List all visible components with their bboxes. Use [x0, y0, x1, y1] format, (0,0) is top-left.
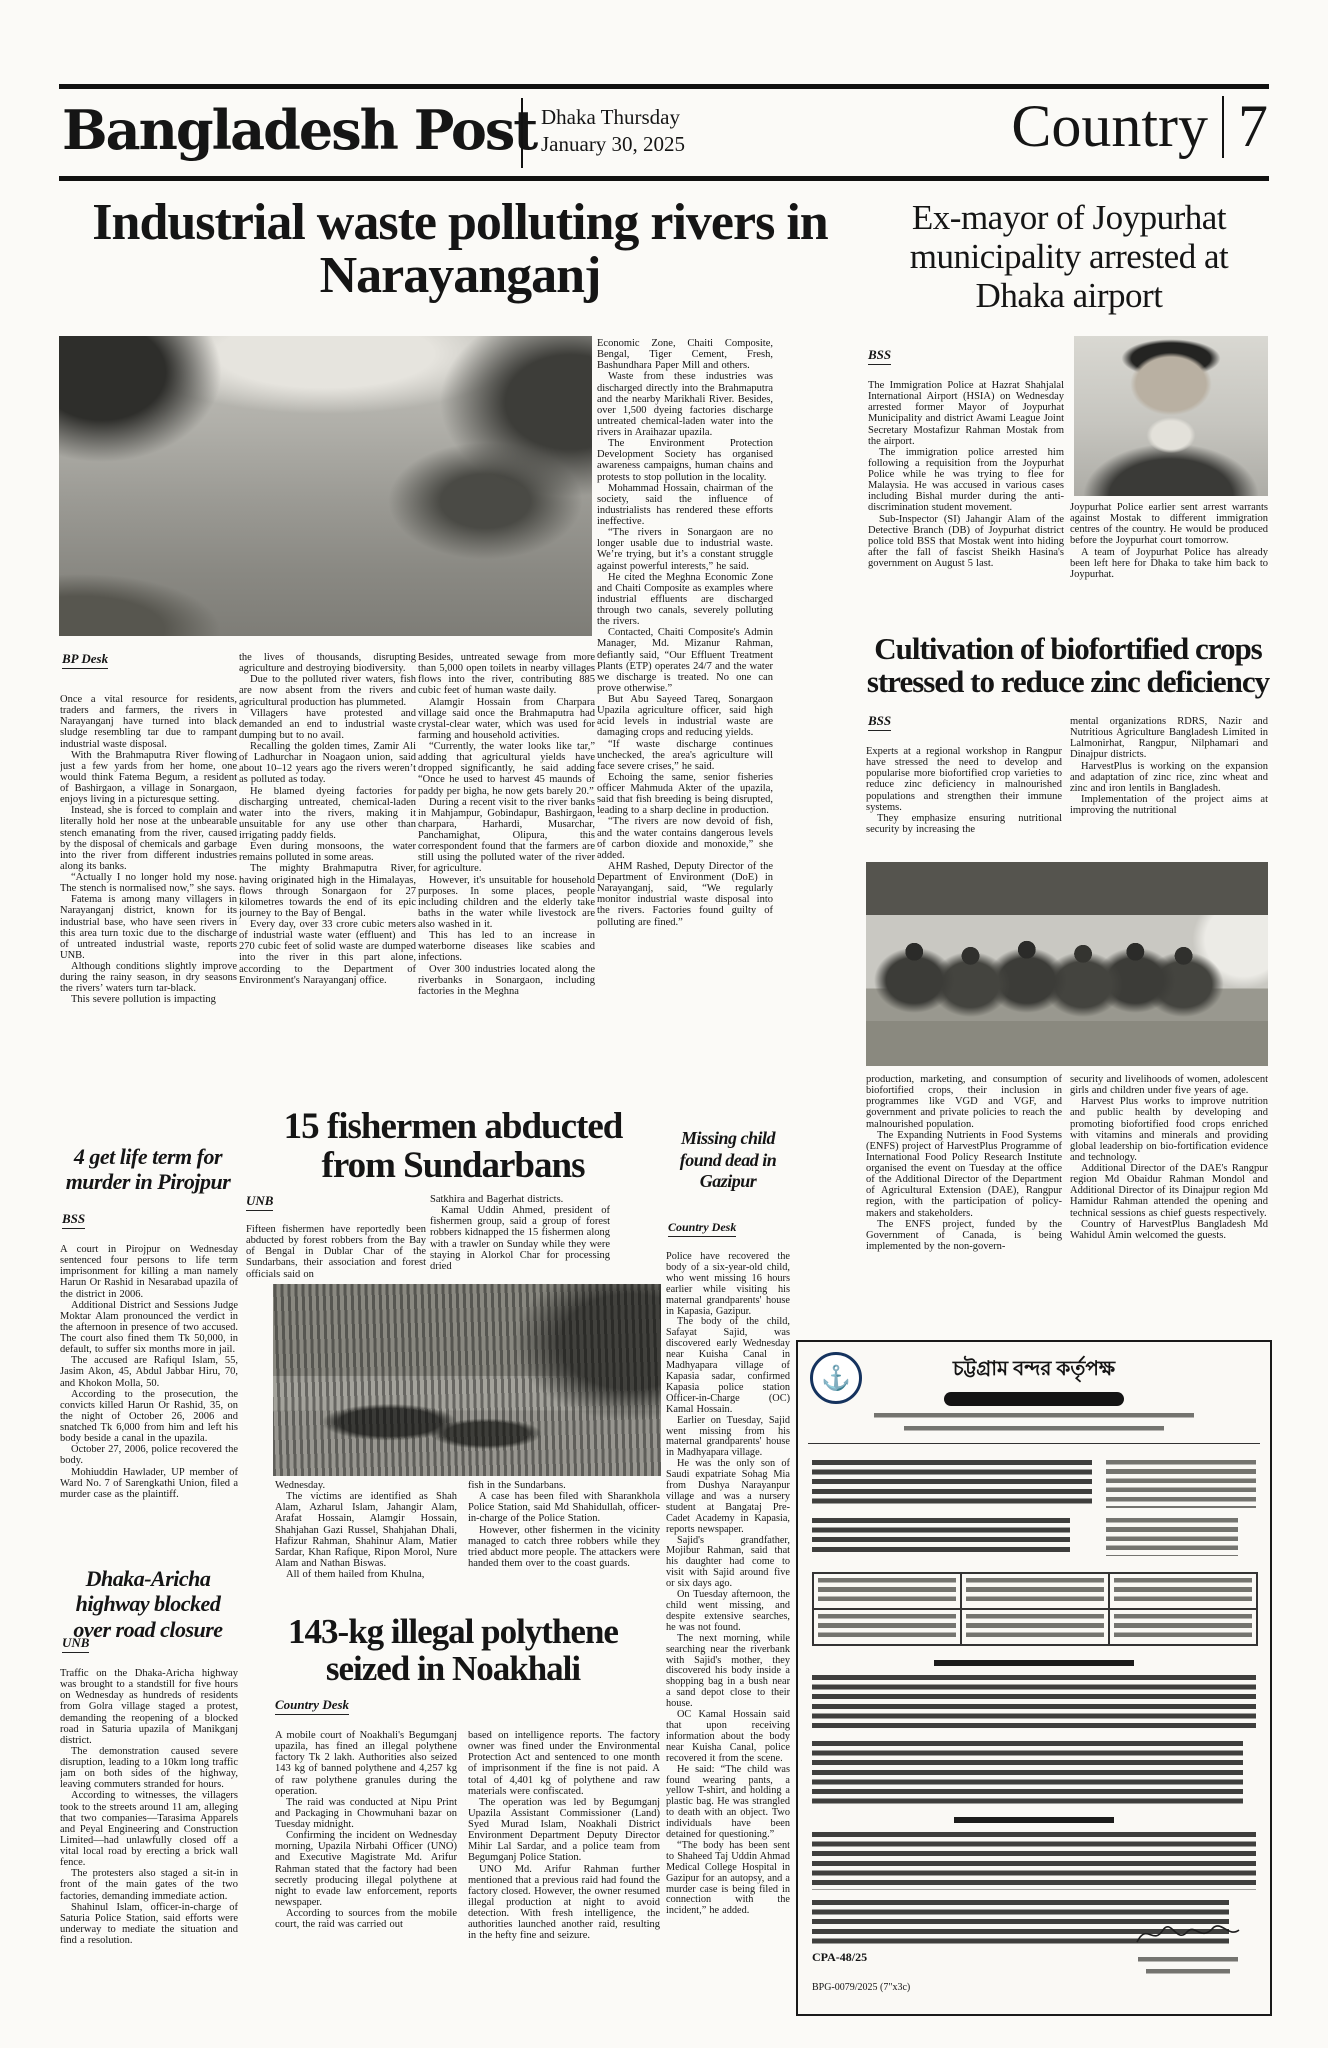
greeked-text-line: [1114, 1578, 1252, 1604]
paragraph: Sub-Inspector (SI) Jahangir Alam of the …: [868, 514, 1064, 570]
highway-column: Traffic on the Dhaka-Aricha highway was …: [60, 1668, 238, 2012]
paragraph: During a recent visit to the river banks…: [418, 797, 595, 875]
paragraph: Shahinul Islam, officer-in-charge of Sat…: [60, 1902, 238, 1947]
greeked-paragraph: [812, 1832, 1256, 1890]
paragraph: The ENFS project, funded by the Governme…: [866, 1219, 1062, 1252]
paragraph: The next morning, while searching near t…: [666, 1634, 790, 1710]
paragraph: Earlier on Tuesday, Sajid went missing f…: [666, 1416, 790, 1460]
masthead-rule-top: [59, 84, 1269, 89]
paragraph: Every day, over 33 crore cubic meters of…: [239, 919, 416, 986]
greeked-paragraph: [1106, 1460, 1256, 1508]
paragraph: He said: “The child was found wearing pa…: [666, 1765, 790, 1841]
paragraph: fish in the Sundarbans.: [468, 1480, 660, 1491]
paragraph: The protesters also staged a sit-in in f…: [60, 1868, 238, 1901]
paragraph: Echoing the same, senior fisheries offic…: [597, 772, 773, 817]
greeked-paragraph: [1106, 1518, 1238, 1556]
notice-table-cell: [961, 1609, 1109, 1645]
paragraph: The body of the child, Safayat Sajid, wa…: [666, 1317, 790, 1415]
masthead-rule-bottom: [59, 176, 1269, 181]
greeked-text-line: [818, 1614, 956, 1640]
paragraph: the lives of thousands, disrupting agric…: [239, 652, 416, 674]
notice-body-left: [812, 1460, 1092, 1556]
paper-name: Bangladesh Post: [62, 98, 536, 162]
paragraph: He blamed dyeing factories for dischargi…: [239, 786, 416, 842]
paragraph: However, it's unsuitable for household p…: [418, 875, 595, 931]
paragraph: All of them hailed from Khulna,: [275, 1569, 457, 1580]
paragraph: “The rivers in Sonargaon are no longer u…: [597, 527, 773, 572]
exmayor-column-1: The Immigration Police at Hazrat Shahjal…: [868, 380, 1064, 624]
byline-lifeterm: BSS: [62, 1211, 85, 1229]
paragraph: This severe pollution is impacting: [60, 994, 237, 1005]
paragraph: “Currently, the water looks like tar,” a…: [418, 741, 595, 797]
paragraph: Additional District and Sessions Judge M…: [60, 1300, 238, 1356]
byline-highway-wrap: UNB: [62, 1634, 89, 1653]
paragraph: A case has been filed with Sharankhola P…: [468, 1491, 660, 1524]
paragraph: “The rivers are now devoid of fish, and …: [597, 816, 773, 861]
paragraph: Additional Director of the DAE's Rangpur…: [1070, 1163, 1268, 1219]
paragraph: Economic Zone, Chaiti Composite, Bengal,…: [597, 338, 773, 371]
byline-fishermen-wrap: UNB: [246, 1192, 273, 1211]
headline-exmayor: Ex-mayor of Joypurhat municipality arres…: [868, 198, 1270, 316]
headline-lifeterm: 4 get life term for murder in Pirojpur: [58, 1144, 238, 1195]
byline-fishermen: UNB: [246, 1193, 273, 1211]
biofortified-column-a: production, marketing, and consumption o…: [866, 1074, 1062, 1334]
paragraph: Sajid's grandfather, Mojibur Rahman, sai…: [666, 1536, 790, 1591]
greeked-text-line: [818, 1578, 956, 1604]
paragraph: Fifteen fishermen have reportedly been a…: [246, 1224, 426, 1280]
notice-table-cell: [1109, 1609, 1257, 1645]
byline-exmayor: BSS: [868, 347, 891, 365]
paragraph: OC Kamal Hossain said that upon receivin…: [666, 1710, 790, 1765]
paragraph: Kamal Uddin Ahmed, president of fisherme…: [430, 1205, 610, 1272]
signature-scribble: [1133, 1920, 1243, 1950]
biofortified-column-right: mental organizations RDRS, Nazir and Nut…: [1070, 716, 1268, 858]
byline-biofortified: BSS: [868, 713, 891, 731]
river-photo: [59, 336, 592, 636]
dateline-date: January 30, 2025: [541, 131, 685, 158]
paragraph: He cited the Meghna Economic Zone and Ch…: [597, 572, 773, 628]
paragraph: Country of HarvestPlus Bangladesh Md Wah…: [1070, 1219, 1268, 1241]
notice-table-cell: [813, 1609, 961, 1645]
paragraph: The Environment Protection Development S…: [597, 438, 773, 483]
paragraph: On Tuesday afternoon, the child went mis…: [666, 1590, 790, 1634]
byline-biofortified-wrap: BSS: [868, 712, 891, 731]
paragraph: October 27, 2006, police recovered the b…: [60, 1444, 238, 1466]
paragraph: According to the prosecution, the convic…: [60, 1389, 238, 1445]
byline-polythene-wrap: Country Desk: [275, 1696, 349, 1715]
port-authority-notice: ⚓ চট্টগ্রাম বন্দর কর্তৃপক্ষ: [796, 1340, 1272, 2016]
paragraph: Satkhira and Bagerhat districts.: [430, 1194, 610, 1205]
paragraph: But Abu Sayeed Tareq, Sonargaon Upazila …: [597, 694, 773, 739]
paragraph: UNO Md. Arifur Rahman further mentioned …: [468, 1864, 660, 1942]
paragraph: However, other fishermen in the vicinity…: [468, 1525, 660, 1570]
headline-highway: Dhaka-Aricha highway blocked over road c…: [58, 1566, 238, 1642]
paragraph: Over 300 industries located along the ri…: [418, 964, 595, 997]
paragraph: A team of Joypurhat Police has already b…: [1070, 547, 1268, 580]
mostak-portrait-photo: [1074, 336, 1268, 496]
paragraph: Fatema is among many villagers in Naraya…: [60, 894, 237, 961]
greeked-text-line: [1138, 1957, 1238, 1965]
greeked-heading: [954, 1817, 1114, 1824]
notice-code: CPA-48/25: [812, 1950, 867, 1965]
workshop-meeting-photo: [866, 862, 1268, 1066]
polythene-column-2: based on intelligence reports. The facto…: [468, 1730, 660, 2012]
greeked-paragraph: [812, 1675, 1256, 1731]
greeked-text-line: [874, 1413, 1194, 1422]
industrial-column-4: Economic Zone, Chaiti Composite, Bengal,…: [597, 338, 773, 1094]
greeked-text-line: [966, 1578, 1104, 1604]
paragraph: Mohammad Hossain, chairman of the societ…: [597, 483, 773, 528]
missing-child-column: Police have recovered the body of a six-…: [666, 1252, 790, 2010]
paragraph: Confirming the incident on Wednesday mor…: [275, 1830, 457, 1908]
paragraph: The immigration police arrested him foll…: [868, 447, 1064, 514]
byline-missing: Country Desk: [668, 1220, 736, 1237]
headline-polythene: 143-kg illegal polythene seized in Noakh…: [243, 1614, 663, 1688]
polythene-column-1: A mobile court of Noakhali's Begumganj u…: [275, 1730, 457, 2012]
paragraph: Wednesday.: [275, 1480, 457, 1491]
greeked-text-line: [904, 1426, 1164, 1435]
paragraph: AHM Rashed, Deputy Director of the Depar…: [597, 861, 773, 928]
paragraph: “If waste discharge continues unchecked,…: [597, 739, 773, 772]
byline-missing-wrap: Country Desk: [668, 1218, 736, 1237]
paragraph: Experts at a regional workshop in Rangpu…: [866, 746, 1062, 813]
paragraph: mental organizations RDRS, Nazir and Nut…: [1070, 716, 1268, 761]
notice-table-cell: [1109, 1573, 1257, 1609]
paragraph: The victims are identified as Shah Alam,…: [275, 1491, 457, 1569]
notice-print-code: BPG-0079/2025 (7"x3c): [812, 1982, 910, 1993]
byline-industrial-wrap: BP Desk: [62, 650, 108, 669]
biofortified-column-b: security and livelihoods of women, adole…: [1070, 1074, 1268, 1334]
paragraph: A court in Pirojpur on Wednesday sentenc…: [60, 1244, 238, 1300]
byline-exmayor-wrap: BSS: [868, 346, 891, 365]
notice-table-cell: [961, 1573, 1109, 1609]
section-divider: [1222, 96, 1224, 158]
page-number: 7: [1238, 92, 1268, 161]
industrial-column-3: Besides, untreated sewage from more than…: [418, 652, 595, 1092]
headline-industrial: Industrial waste polluting rivers in Nar…: [60, 196, 860, 302]
paragraph: Mohiuddin Hawlader, UP member of Ward No…: [60, 1467, 238, 1500]
notice-table: [812, 1572, 1258, 1646]
paragraph: The raid was conducted at Nipu Print and…: [275, 1797, 457, 1830]
fishermen-column-bottom-1: Wednesday.The victims are identified as …: [275, 1480, 457, 1608]
notice-divider: [808, 1443, 1260, 1444]
paragraph: According to witnesses, the villagers to…: [60, 1790, 238, 1868]
fishermen-column-bottom-2: fish in the Sundarbans.A case has been f…: [468, 1480, 660, 1608]
cpa-logo-icon: ⚓: [810, 1352, 862, 1404]
biofortified-column-left: Experts at a regional workshop in Rangpu…: [866, 746, 1062, 858]
paragraph: The accused are Rafiqul Islam, 55, Jasim…: [60, 1355, 238, 1388]
paragraph: Traffic on the Dhaka-Aricha highway was …: [60, 1668, 238, 1746]
paragraph: Once a vital resource for residents, tra…: [60, 694, 237, 750]
greeked-paragraph: [812, 1518, 1070, 1556]
paragraph: Implementation of the project aims at im…: [1070, 794, 1268, 816]
paragraph: Although conditions slightly improve dur…: [60, 961, 237, 994]
notice-body-right: [1106, 1460, 1256, 1556]
paragraph: Instead, she is forced to complain and l…: [60, 805, 237, 872]
industrial-column-1: Once a vital resource for residents, tra…: [60, 694, 237, 1132]
paragraph: Besides, untreated sewage from more than…: [418, 652, 595, 697]
notice-body-main: [812, 1660, 1256, 1944]
paragraph: With the Brahmaputra River flowing just …: [60, 750, 237, 806]
paragraph: Even during monsoons, the water remains …: [239, 841, 416, 863]
paragraph: Villagers have protested and demanded an…: [239, 708, 416, 741]
paragraph: “Actually I no longer hold my nose. The …: [60, 872, 237, 894]
paragraph: Harvest Plus works to improve nutrition …: [1070, 1096, 1268, 1163]
paragraph: Contacted, Chaiti Composite's Admin Mana…: [597, 627, 773, 694]
byline-industrial: BP Desk: [62, 651, 108, 669]
byline-highway: UNB: [62, 1635, 89, 1653]
paragraph: Waste from these industries was discharg…: [597, 371, 773, 438]
fishermen-column-top-1: Fifteen fishermen have reportedly been a…: [246, 1224, 426, 1282]
paragraph: The operation was led by Begumganj Upazi…: [468, 1797, 660, 1864]
anchor-icon: ⚓: [821, 1364, 851, 1393]
greeked-paragraph: [812, 1741, 1243, 1807]
paragraph: A mobile court of Noakhali's Begumganj u…: [275, 1730, 457, 1797]
paragraph: The Expanding Nutrients in Food Systems …: [866, 1130, 1062, 1219]
greeked-paragraph: [812, 1460, 1092, 1508]
paragraph: Police have recovered the body of a six-…: [666, 1252, 790, 1317]
fishermen-column-top-2: Satkhira and Bagerhat districts.Kamal Ud…: [430, 1194, 610, 1282]
paragraph: He was the only son of Saudi expatriate …: [666, 1459, 790, 1535]
paragraph: security and livelihoods of women, adole…: [1070, 1074, 1268, 1096]
section-label: Country: [1011, 92, 1208, 161]
paragraph: Alamgir Hossain from Charpara village sa…: [418, 697, 595, 742]
notice-authority-name: চট্টগ্রাম বন্দর কর্তৃপক্ষ: [798, 1354, 1270, 1387]
paragraph: production, marketing, and consumption o…: [866, 1074, 1062, 1130]
paragraph: The mighty Brahmaputra River, having ori…: [239, 863, 416, 919]
industrial-column-2: the lives of thousands, disrupting agric…: [239, 652, 416, 1092]
sundarbans-boat-photo: [273, 1284, 661, 1476]
paragraph: Due to the polluted river waters, fish a…: [239, 674, 416, 707]
greeked-text-line: [1146, 1969, 1230, 1977]
paragraph: This has led to an increase in waterborn…: [418, 930, 595, 963]
paragraph: HarvestPlus is working on the expansion …: [1070, 761, 1268, 794]
greeked-text-line: [966, 1614, 1104, 1640]
notice-signature-block: [1128, 1920, 1248, 1977]
byline-polythene: Country Desk: [275, 1697, 349, 1715]
paragraph: According to sources from the mobile cou…: [275, 1908, 457, 1930]
headline-biofortified: Cultivation of biofortified crops stress…: [866, 632, 1270, 699]
newspaper-page: Bangladesh Post Dhaka Thursday January 3…: [0, 0, 1328, 2048]
notice-table-cell: [813, 1573, 961, 1609]
paragraph: Joypurhat Police earlier sent arrest war…: [1070, 502, 1268, 547]
greeked-heading: [934, 1660, 1134, 1667]
headline-missing-child: Missing child found dead in Gazipur: [664, 1128, 792, 1193]
paragraph: They emphasize ensuring nutritional secu…: [866, 813, 1062, 835]
paragraph: The demonstration caused severe disrupti…: [60, 1746, 238, 1791]
dateline: Dhaka Thursday January 30, 2025: [541, 104, 685, 159]
byline-lifeterm-wrap: BSS: [62, 1210, 85, 1229]
paragraph: based on intelligence reports. The facto…: [468, 1730, 660, 1797]
paragraph: “The body has been sent to Shaheed Taj U…: [666, 1841, 790, 1917]
notice-subtitle-band: [944, 1392, 1124, 1406]
paragraph: Recalling the golden times, Zamir Ali of…: [239, 741, 416, 786]
lifeterm-column: A court in Pirojpur on Wednesday sentenc…: [60, 1244, 238, 1560]
headline-fishermen: 15 fishermen abducted from Sundarbans: [243, 1108, 663, 1186]
dateline-day: Dhaka Thursday: [541, 104, 685, 131]
exmayor-column-2: Joypurhat Police earlier sent arrest war…: [1070, 502, 1268, 628]
masthead-divider: [521, 98, 523, 168]
paragraph: The Immigration Police at Hazrat Shahjal…: [868, 380, 1064, 447]
section-block: Country 7: [1011, 92, 1268, 161]
greeked-text-line: [1114, 1614, 1252, 1640]
